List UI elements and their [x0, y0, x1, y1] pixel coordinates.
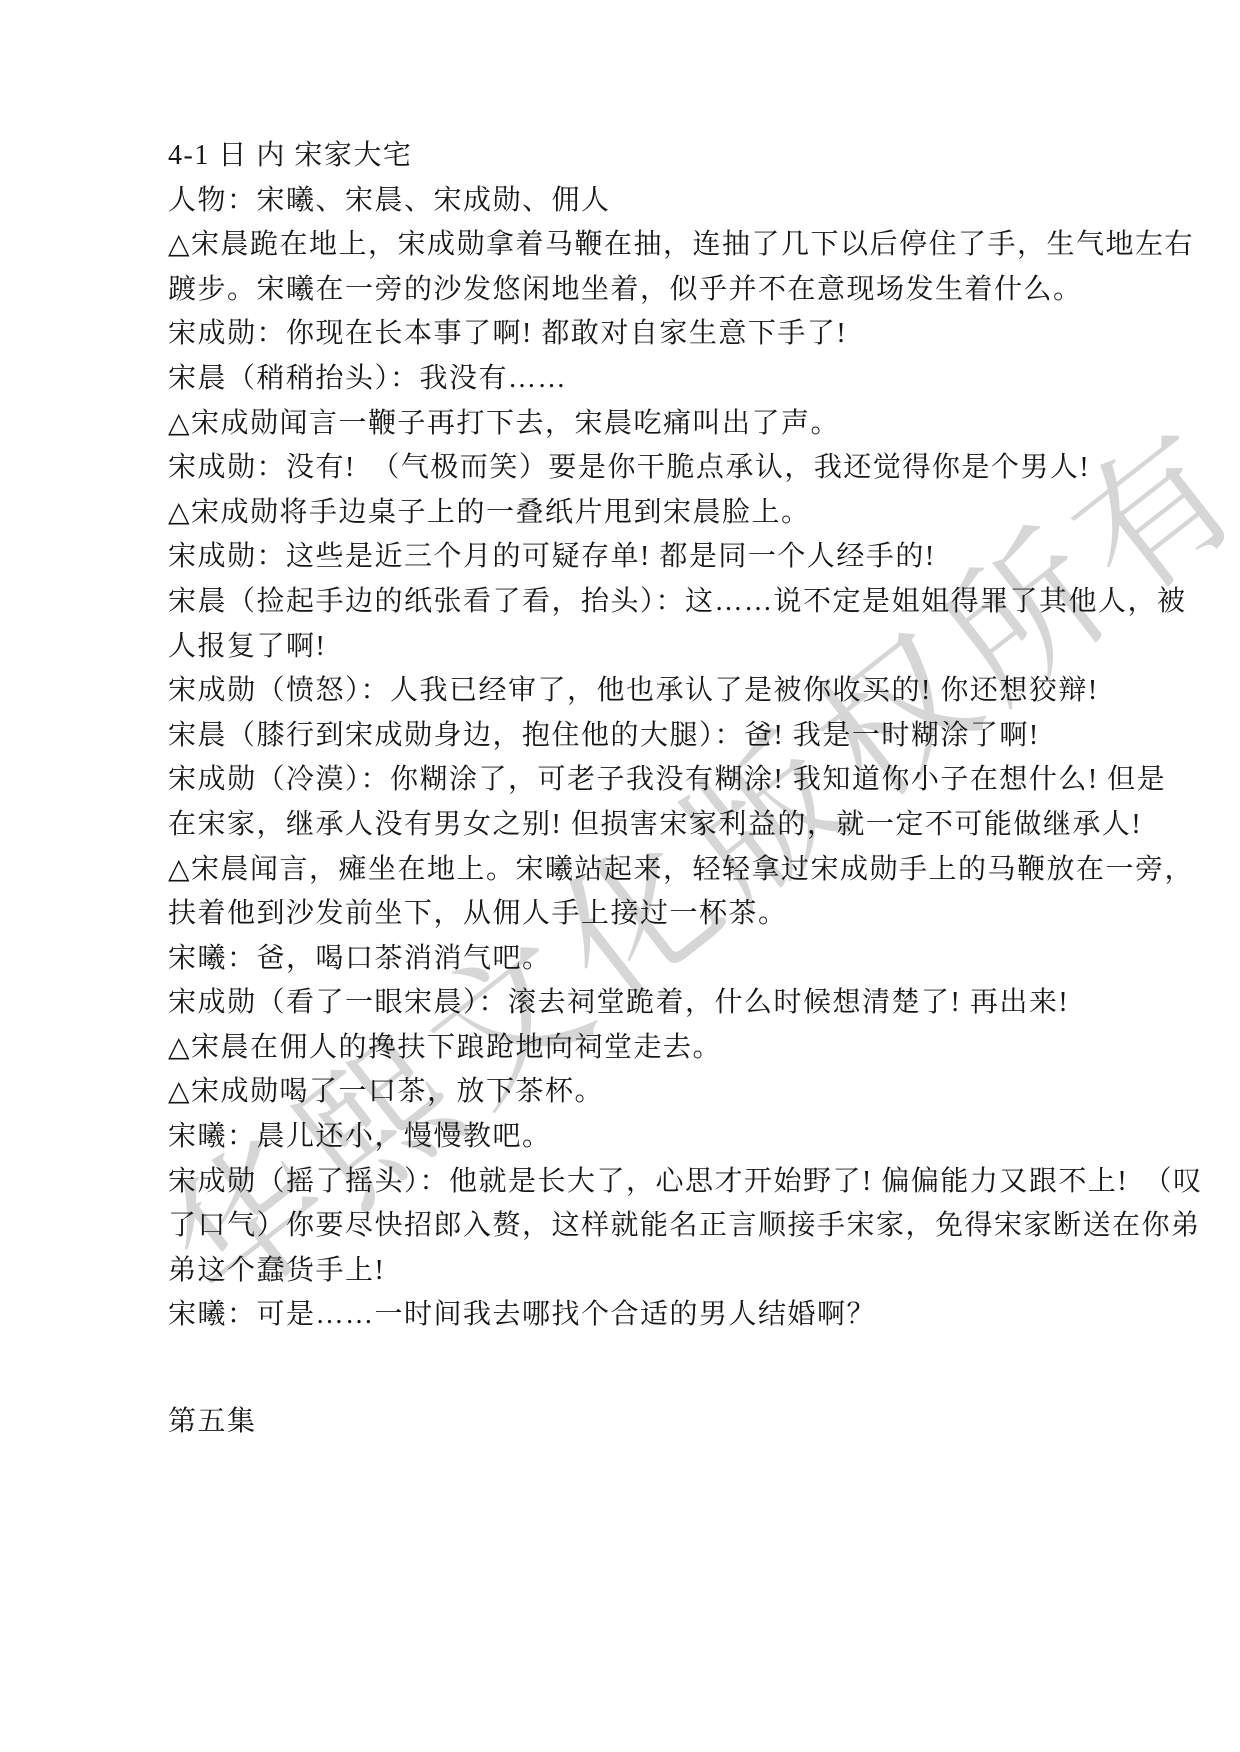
script-line: 宋成勋（摇了摇头）：他就是长大了，心思才开始野了! 偏偏能力又跟不上! （叹	[168, 1160, 1083, 1205]
script-line: 扶着他到沙发前坐下，从佣人手上接过一杯茶。	[168, 892, 1083, 937]
next-episode-heading: 第五集	[168, 1400, 257, 1445]
script-line: 宋曦：可是……一时间我去哪找个合适的男人结婚啊？	[168, 1293, 1083, 1338]
script-line: 人物：宋曦、宋晨、宋成勋、佣人	[168, 179, 1083, 224]
script-line: 4-1 日 内 宋家大宅	[168, 134, 1083, 179]
script-page: 华熙文化版权所有 4-1 日 内 宋家大宅人物：宋曦、宋晨、宋成勋、佣人△宋晨跪…	[0, 0, 1240, 1752]
script-line: 宋成勋：没有! （气极而笑）要是你干脆点承认，我还觉得你是个男人!	[168, 446, 1083, 491]
script-line: △宋晨跪在地上，宋成勋拿着马鞭在抽，连抽了几下以后停住了手，生气地左右	[168, 223, 1083, 268]
script-line: 踱步。宋曦在一旁的沙发悠闲地坐着，似乎并不在意现场发生着什么。	[168, 268, 1083, 313]
script-line: 人报复了啊!	[168, 625, 1083, 670]
script-line: 宋成勋（看了一眼宋晨）：滚去祠堂跪着，什么时候想清楚了! 再出来!	[168, 981, 1083, 1026]
script-line: 宋成勋（愤怒）：人我已经审了，他也承认了是被你收买的! 你还想狡辩!	[168, 669, 1083, 714]
script-line: 宋晨（捡起手边的纸张看了看，抬头）：这……说不定是姐姐得罪了其他人，被	[168, 580, 1083, 625]
script-line: △宋成勋闻言一鞭子再打下去，宋晨吃痛叫出了声。	[168, 402, 1083, 447]
script-line: △宋晨闻言，瘫坐在地上。宋曦站起来，轻轻拿过宋成勋手上的马鞭放在一旁，	[168, 848, 1083, 893]
script-line: 宋晨（稍稍抬头）：我没有……	[168, 357, 1083, 402]
script-line: 宋成勋：你现在长本事了啊! 都敢对自家生意下手了!	[168, 312, 1083, 357]
script-lines: 4-1 日 内 宋家大宅人物：宋曦、宋晨、宋成勋、佣人△宋晨跪在地上，宋成勋拿着…	[168, 134, 1083, 1338]
script-line: 宋曦：爸，喝口茶消消气吧。	[168, 937, 1083, 982]
script-line: 宋成勋（冷漠）：你糊涂了，可老子我没有糊涂! 我知道你小子在想什么! 但是	[168, 758, 1083, 803]
script-line: △宋晨在佣人的搀扶下踉跄地向祠堂走去。	[168, 1026, 1083, 1071]
script-line: 宋晨（膝行到宋成勋身边，抱住他的大腿）：爸! 我是一时糊涂了啊!	[168, 714, 1083, 759]
script-line: 弟这个蠢货手上!	[168, 1249, 1083, 1294]
script-line: 宋曦：晨儿还小，慢慢教吧。	[168, 1115, 1083, 1160]
script-line: 宋成勋：这些是近三个月的可疑存单! 都是同一个人经手的!	[168, 535, 1083, 580]
script-line: 在宋家，继承人没有男女之别! 但损害宋家利益的，就一定不可能做继承人!	[168, 803, 1083, 848]
script-line: △宋成勋将手边桌子上的一叠纸片甩到宋晨脸上。	[168, 491, 1083, 536]
script-line: 了口气）你要尽快招郎入赘，这样就能名正言顺接手宋家，免得宋家断送在你弟	[168, 1204, 1083, 1249]
script-line: △宋成勋喝了一口茶，放下茶杯。	[168, 1070, 1083, 1115]
